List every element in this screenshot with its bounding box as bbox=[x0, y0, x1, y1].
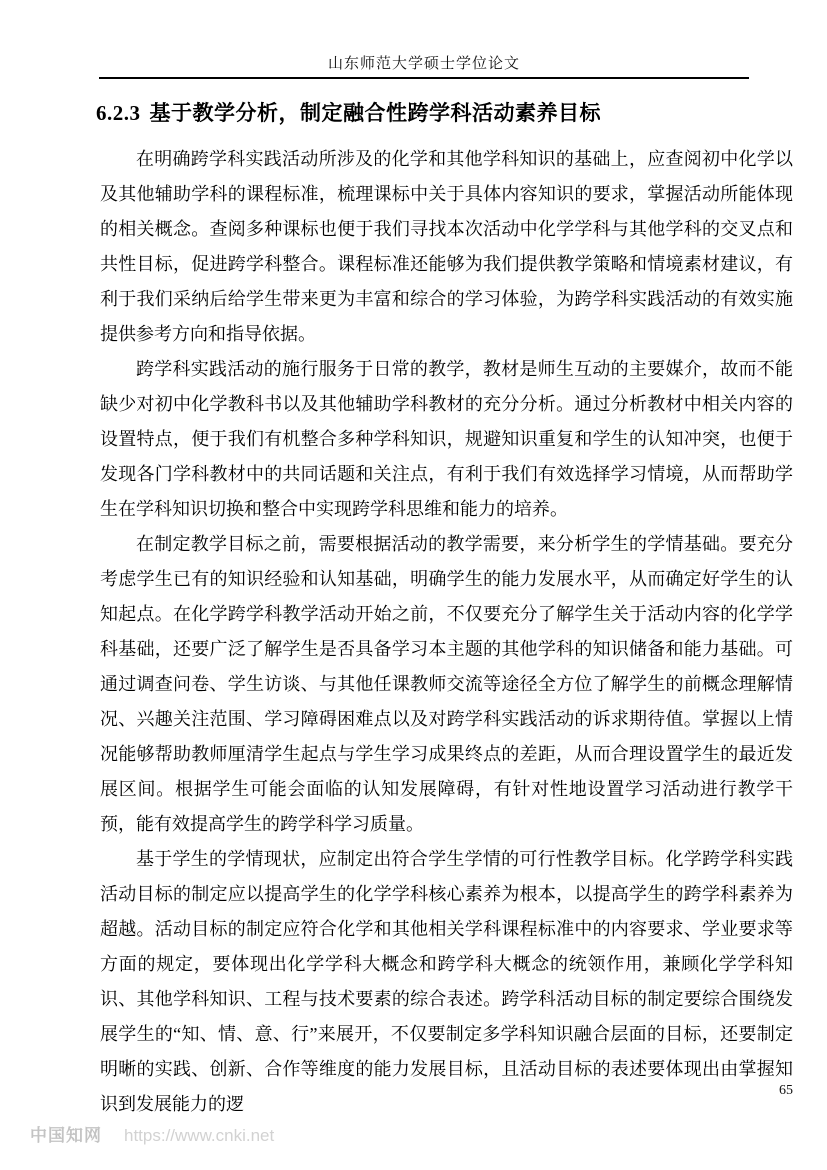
running-header-title: 山东师范大学硕士学位论文 bbox=[99, 52, 749, 73]
paragraph-4: 基于学生的学情现状，应制定出符合学生学情的可行性教学目标。化学跨学科实践活动目标… bbox=[100, 842, 793, 1122]
section-heading: 6.2.3基于教学分析，制定融合性跨学科活动素养目标 bbox=[96, 97, 793, 127]
paragraph-1: 在明确跨学科实践活动所涉及的化学和其他学科知识的基础上，应查阅初中化学以及其他辅… bbox=[100, 142, 793, 352]
page-number: 65 bbox=[100, 1083, 793, 1099]
cnki-watermark-brand: 中国知网 bbox=[30, 1126, 102, 1145]
header-rule bbox=[99, 77, 749, 79]
cnki-watermark: 中国知网https://www.cnki.net bbox=[30, 1121, 274, 1146]
section-heading-number: 6.2.3 bbox=[96, 101, 141, 125]
thesis-page: 山东师范大学硕士学位论文 6.2.3基于教学分析，制定融合性跨学科活动素养目标 … bbox=[0, 0, 827, 1170]
section-heading-title: 基于教学分析，制定融合性跨学科活动素养目标 bbox=[150, 102, 602, 125]
cnki-watermark-url: https://www.cnki.net bbox=[124, 1126, 274, 1145]
body-text: 在明确跨学科实践活动所涉及的化学和其他学科知识的基础上，应查阅初中化学以及其他辅… bbox=[100, 142, 793, 1122]
paragraph-3: 在制定教学目标之前，需要根据活动的教学需要，来分析学生的学情基础。要充分考虑学生… bbox=[100, 527, 793, 842]
paragraph-2: 跨学科实践活动的施行服务于日常的教学，教材是师生互动的主要媒介，故而不能缺少对初… bbox=[100, 352, 793, 527]
